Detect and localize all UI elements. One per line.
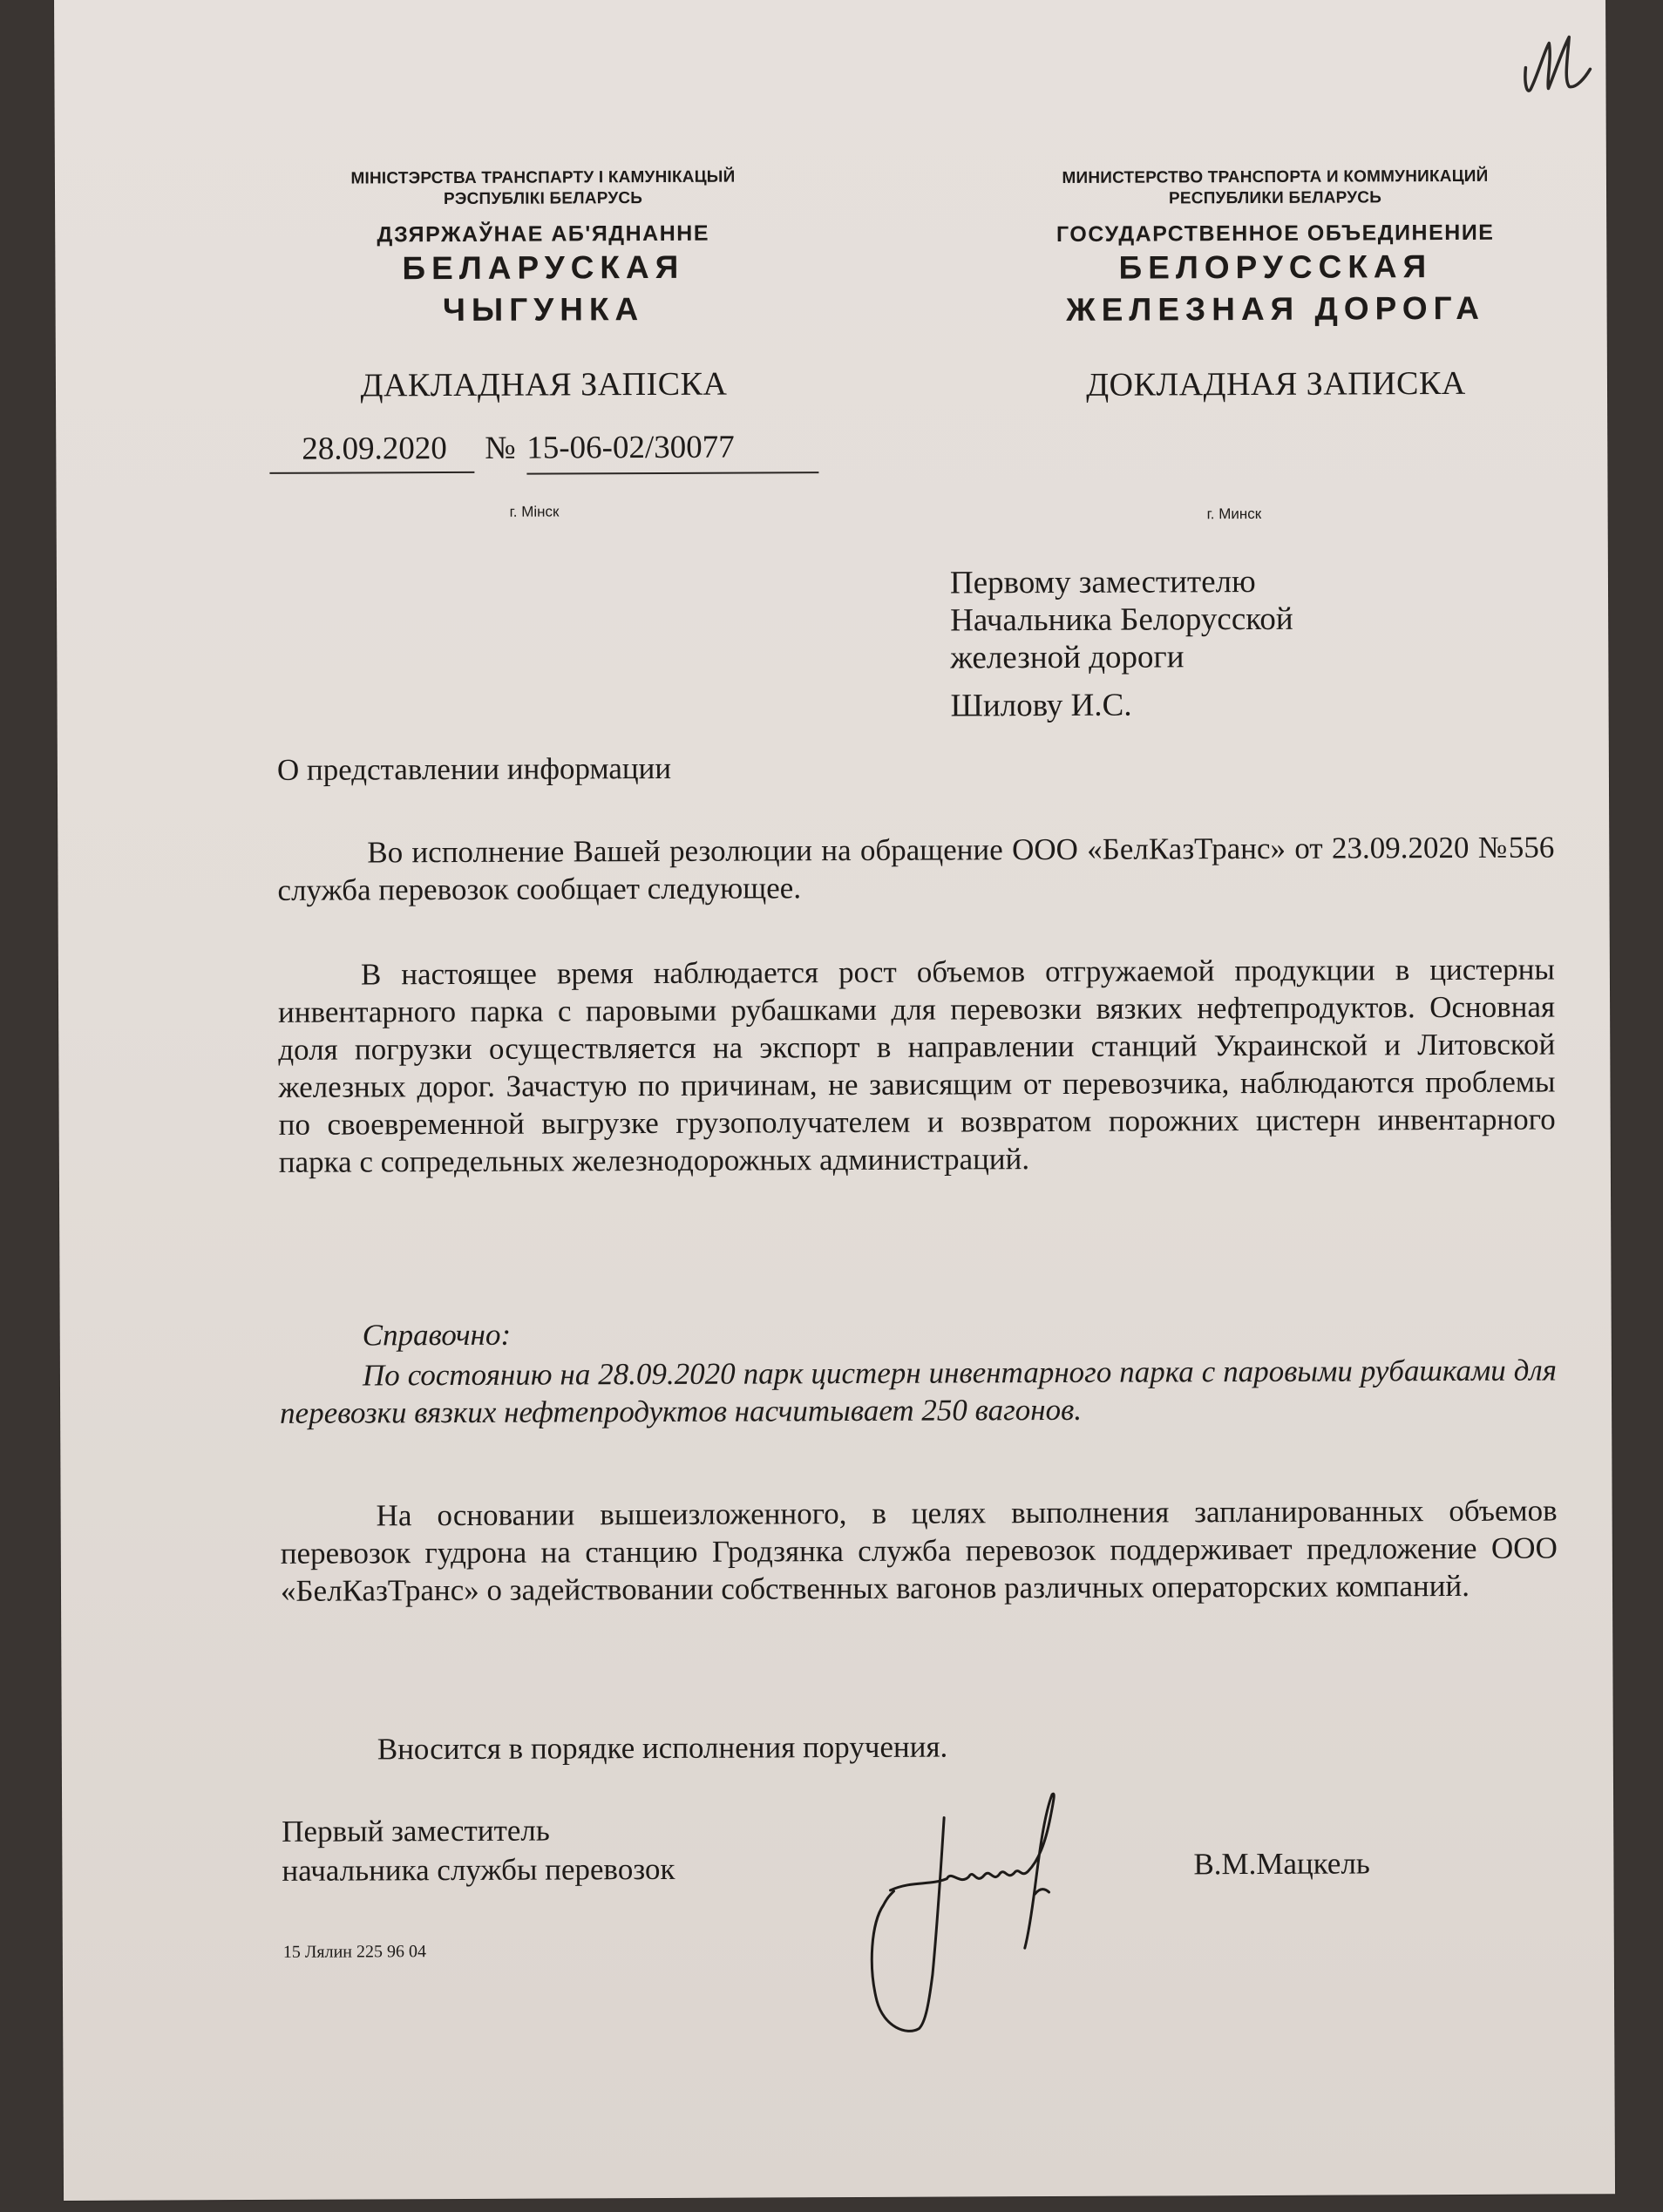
number-underline xyxy=(526,472,818,474)
org-name-ru-line1: БЕЛОРУССКАЯ xyxy=(961,245,1589,289)
reference-body-text: По состоянию на 28.09.2020 парк цистерн … xyxy=(280,1351,1557,1431)
addressee-line1: Первому заместителю xyxy=(950,564,1256,601)
memo-page: МІНІСТЭРСТВА ТРАНСПАРТУ І КАМУНІКАЦЫЙ РЭ… xyxy=(54,0,1615,2201)
paragraph-text: На основании вышеизложенного, в целях вы… xyxy=(281,1491,1558,1609)
org-name-ru-line2: ЖЕЛЕЗНАЯ ДОРОГА xyxy=(962,287,1590,331)
date-underline xyxy=(269,472,474,474)
org-type-ru: ГОСУДАРСТВЕННОЕ ОБЪЕДИНЕНИЕ xyxy=(961,220,1589,248)
ministry-name-by: МІНІСТЭРСТВА ТРАНСПАРТУ І КАМУНІКАЦЫЙ xyxy=(247,166,839,190)
city-ru: г. Минск xyxy=(1207,506,1262,523)
paragraph-text: Вносится в порядке исполнения поручения. xyxy=(282,1725,1558,1768)
registration-number: 15-06-02/30077 xyxy=(526,429,735,467)
subject-line: О представлении информации xyxy=(277,751,671,788)
reference-label-text: Справочно: xyxy=(280,1311,1557,1354)
executor-info: 15 Лялин 225 96 04 xyxy=(283,1942,426,1963)
registration-number-sign: № xyxy=(485,430,515,467)
registration-date: 28.09.2020 xyxy=(302,430,447,468)
addressee-name: Шилову И.С. xyxy=(950,686,1293,725)
reference-label: Справочно: xyxy=(280,1311,1557,1354)
letterhead-russian: МИНИСТЕРСТВО ТРАНСПОРТА И КОММУНИКАЦИЙ Р… xyxy=(961,166,1590,404)
signatory-title-line2: начальника службы перевозок xyxy=(282,1852,675,1888)
addressee-line2: Начальника Белорусской xyxy=(950,601,1293,639)
reference-text: По состоянию на 28.09.2020 парк цистерн … xyxy=(280,1351,1557,1431)
ministry-name-ru: МИНИСТЕРСТВО ТРАНСПОРТА И КОММУНИКАЦИЙ xyxy=(961,166,1589,189)
addressee-block: Первому заместителю Начальника Белорусск… xyxy=(950,563,1293,725)
org-name-by-line1: БЕЛАРУСКАЯ xyxy=(247,246,839,290)
signatory-name: В.М.Мацкель xyxy=(1193,1846,1370,1882)
signatory-title-line1: Первый заместитель xyxy=(282,1814,550,1849)
city-by: г. Мінск xyxy=(510,503,560,520)
body-paragraph-2: В настоящее время наблюдается рост объем… xyxy=(278,950,1556,1180)
org-type-by: ДЗЯРЖАЎНАЕ АБ'ЯДНАННЕ xyxy=(247,221,839,248)
ministry-country-ru: РЕСПУБЛИКИ БЕЛАРУСЬ xyxy=(961,187,1589,210)
ministry-country-by: РЭСПУБЛІКІ БЕЛАРУСЬ xyxy=(247,187,839,211)
signatory-title: Первый заместитель начальника службы пер… xyxy=(282,1810,675,1890)
org-name-by-line2: ЧЫГУНКА xyxy=(247,288,839,332)
paragraph-text: Во исполнение Вашей резолюции на обращен… xyxy=(277,828,1554,908)
body-paragraph-1: Во исполнение Вашей резолюции на обращен… xyxy=(277,828,1554,908)
handwritten-mark-icon xyxy=(1518,32,1597,102)
paragraph-text: В настоящее время наблюдается рост объем… xyxy=(278,950,1556,1180)
letterhead-belarusian: МІНІСТЭРСТВА ТРАНСПАРТУ І КАМУНІКАЦЫЙ РЭ… xyxy=(247,166,840,405)
doc-type-by: ДАКЛАДНАЯ ЗАПІСКА xyxy=(248,364,840,405)
handwritten-signature-icon xyxy=(864,1781,1161,2035)
body-paragraph-3: На основании вышеизложенного, в целях вы… xyxy=(281,1491,1558,1609)
doc-type-ru: ДОКЛАДНАЯ ЗАПИСКА xyxy=(962,363,1590,404)
addressee-line3: железной дороги xyxy=(950,639,1184,675)
body-paragraph-4: Вносится в порядке исполнения поручения. xyxy=(282,1725,1558,1768)
